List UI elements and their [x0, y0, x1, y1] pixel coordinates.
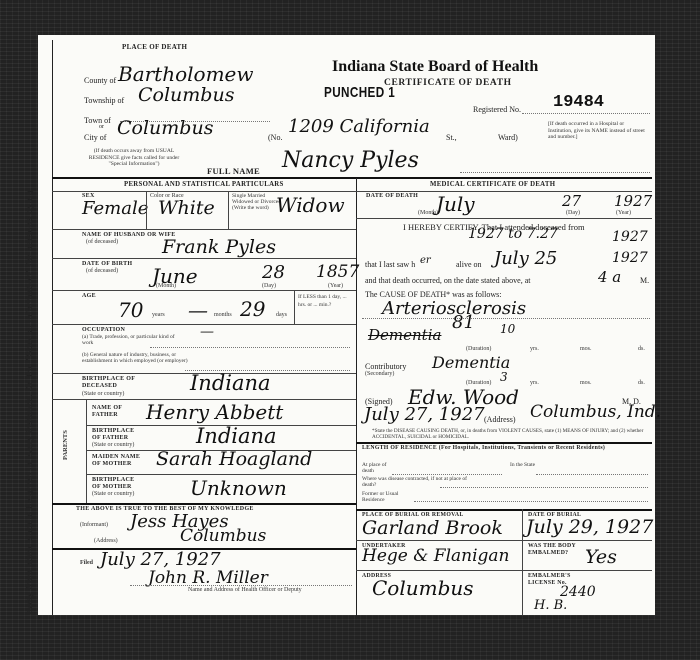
- rule: [52, 290, 356, 291]
- struck-cause-text: Dementia: [368, 326, 441, 344]
- birthplace-value: Indiana: [190, 371, 271, 395]
- years-label: years: [152, 312, 165, 319]
- dob-year-label: (Year): [328, 283, 343, 290]
- registrar-label: Name and Address of Health Officer or De…: [188, 587, 302, 594]
- ward-label: Ward): [498, 133, 518, 142]
- occupation-a-label: (a) Trade, profession, or particular kin…: [82, 334, 182, 346]
- dod-year-label: (Year): [616, 210, 631, 217]
- medical-header: MEDICAL CERTIFICATE OF DEATH: [430, 181, 555, 188]
- rule: [356, 442, 652, 444]
- mos-label: mos.: [580, 346, 592, 353]
- rule: [52, 503, 356, 505]
- rule: [362, 318, 650, 319]
- dob-month-label: (Month): [156, 283, 176, 290]
- embalmed-label: WAS THE BODY EMBALMED?: [528, 543, 588, 556]
- mother-birthplace-sub: (State or country): [92, 491, 134, 498]
- last-saw-label: that I last saw h: [365, 260, 415, 269]
- side-margin-note: away from home should be given in every …: [24, 54, 38, 614]
- mother-birthplace-value: Unknown: [190, 476, 287, 500]
- spouse-sub: (of deceased): [86, 239, 118, 246]
- days-label: days: [276, 312, 287, 319]
- duration-value: 10: [500, 322, 515, 336]
- marital-label: Single Married Widowed or Divorced (Writ…: [232, 193, 282, 212]
- signed-date: July 27, 1927: [364, 404, 485, 425]
- birthplace-label: BIRTHPLACE OF DECEASED: [82, 376, 142, 390]
- street-address: 1209 California: [288, 116, 430, 137]
- personal-header: PERSONAL AND STATISTICAL PARTICULARS: [124, 181, 284, 188]
- contributory-mos-label: mos.: [580, 380, 592, 387]
- rule: [130, 585, 352, 586]
- informant-label: (Informant): [80, 522, 108, 529]
- registered-no-line: [522, 113, 650, 114]
- contributory-ds-label: ds.: [638, 380, 645, 387]
- less-than-label: If LESS than 1 day, ... hrs. or ... min.…: [298, 293, 354, 309]
- rule: [522, 509, 523, 615]
- rule: [52, 229, 356, 230]
- rule: [228, 191, 229, 229]
- column-divider: [356, 178, 357, 616]
- st-label: St.,: [446, 133, 457, 142]
- occupation-b-label: (b) General nature of industry, business…: [82, 352, 192, 364]
- birthplace-sub: (State or country): [82, 391, 124, 398]
- filed-date: July 27, 1927: [100, 549, 221, 570]
- rule: [52, 191, 356, 192]
- yrs-label: yrs.: [530, 346, 539, 353]
- dod-month-label: (Month): [418, 210, 438, 217]
- rule: [86, 399, 87, 505]
- physician-address-label: (Address): [484, 415, 516, 424]
- dod-label: DATE OF DEATH: [366, 193, 418, 199]
- cause-footnote: *State the DISEASE CAUSING DEATH, or, in…: [372, 428, 652, 440]
- sex-value: Female: [82, 198, 148, 219]
- in-state-label: In the State: [510, 462, 536, 468]
- struck-cause: Dementia: [368, 326, 441, 344]
- rule: [414, 501, 648, 502]
- rule: [146, 191, 147, 229]
- dob-label: DATE OF BIRTH: [82, 261, 132, 267]
- mother-value: Sarah Hoagland: [156, 448, 312, 470]
- usual-residence-note: (If death occurs away from USUAL RESIDEN…: [84, 148, 184, 168]
- last-saw-year: 1927: [612, 250, 648, 266]
- age-days: 29: [240, 297, 265, 321]
- rule: [150, 347, 350, 348]
- informant-address-label: (Address): [94, 538, 118, 545]
- section-divider-top: [52, 177, 652, 179]
- street-no-label: (No.: [268, 133, 282, 142]
- township-label: Township of: [84, 96, 124, 105]
- race-value: White: [158, 197, 215, 219]
- township-value: Columbus: [138, 84, 234, 106]
- marital-value: Widow: [276, 193, 345, 217]
- form-left-border: [52, 40, 53, 615]
- punched-stamp: PUNCHED 1: [324, 84, 395, 101]
- certificate-title: CERTIFICATE OF DEATH: [384, 78, 512, 88]
- father-birthplace-value: Indiana: [196, 424, 277, 448]
- issuer-title: Indiana State Board of Health: [332, 58, 538, 76]
- age-label: AGE: [82, 293, 96, 299]
- rule: [536, 474, 648, 475]
- rule: [392, 474, 502, 475]
- rule: [86, 474, 356, 475]
- filed-label: Filed: [80, 560, 93, 567]
- at-place-label: At place of death: [362, 462, 392, 474]
- rule: [356, 191, 652, 192]
- rule: [294, 290, 295, 324]
- embalmer-initials: H. B.: [534, 598, 567, 613]
- embalmed-value: Yes: [585, 546, 617, 568]
- physician-address-value: Columbus, Ind.: [530, 402, 661, 422]
- age-months: —: [188, 298, 208, 322]
- registered-no-value: 19484: [553, 93, 604, 112]
- dob-sub: (of deceased): [86, 268, 118, 275]
- dod-day: 27: [562, 192, 581, 210]
- father-label: NAME OF FATHER: [92, 405, 140, 419]
- rule: [356, 570, 652, 571]
- former-residence-label: Former or Usual Residence: [362, 491, 422, 503]
- death-occurred-text: and that death occurred, on the date sta…: [365, 276, 530, 285]
- rule: [356, 540, 652, 541]
- mother-label: MAIDEN NAME OF MOTHER: [92, 454, 148, 468]
- contributory-value: Dementia: [432, 353, 510, 372]
- registered-no-label: Registered No.: [473, 105, 521, 114]
- county-label: County of: [84, 76, 116, 85]
- city-value: Columbus: [117, 117, 213, 139]
- contributory-duration: 3: [500, 370, 508, 384]
- alive-on-label: alive on: [456, 260, 482, 269]
- dob-day: 28: [262, 262, 285, 283]
- attended-year: 1927: [612, 229, 648, 245]
- rule: [52, 258, 356, 259]
- burial-place-value: Garland Brook: [362, 517, 503, 539]
- occupation-a-value: —: [200, 324, 214, 340]
- attended-from: 1927 to 7.27: [468, 226, 558, 242]
- full-name-label: FULL NAME: [207, 166, 260, 176]
- age-years: 70: [118, 298, 143, 322]
- residence-label: LENGTH OF RESIDENCE (For Hospitals, Inst…: [362, 445, 650, 452]
- ds-label: ds.: [638, 346, 645, 353]
- occupation-label: OCCUPATION: [82, 327, 125, 333]
- cause-duration: 81: [452, 312, 475, 333]
- undertaker-value: Hege & Flanigan: [362, 546, 510, 566]
- place-of-death-header: PLACE OF DEATH: [122, 43, 187, 51]
- secondary-label: (Secondary): [365, 371, 394, 378]
- spouse-value: Frank Pyles: [162, 236, 276, 258]
- mother-birthplace-label: BIRTHPLACE OF MOTHER: [92, 477, 142, 491]
- last-saw-date: July 25: [494, 248, 557, 269]
- or-label: or: [99, 124, 104, 130]
- county-value: Bartholomew: [118, 62, 254, 86]
- months-label: months: [214, 312, 232, 319]
- burial-date-value: July 29, 1927: [526, 516, 653, 538]
- undertaker-address-value: Columbus: [372, 576, 474, 600]
- contributory-label: Contributory: [365, 362, 406, 371]
- father-value: Henry Abbett: [146, 400, 283, 424]
- death-time: 4 a: [598, 268, 621, 286]
- informant-address-value: Columbus: [180, 526, 266, 546]
- m-label: M.: [640, 276, 649, 285]
- last-saw-gender: er: [420, 255, 431, 266]
- dod-year: 1927: [614, 192, 652, 210]
- rule: [356, 218, 652, 219]
- city-label: City of: [84, 133, 106, 142]
- rule: [356, 509, 652, 511]
- town-label: Town of: [84, 116, 111, 125]
- dod-month: July: [436, 192, 475, 216]
- dod-day-label: (Day): [566, 210, 580, 217]
- rule: [440, 487, 648, 488]
- contributory-yrs-label: yrs.: [530, 380, 539, 387]
- father-birthplace-label: BIRTHPLACE OF FATHER: [92, 428, 142, 442]
- dob-year: 1857: [316, 262, 359, 282]
- hospital-note: [If death occurred in a Hospital or Inst…: [548, 121, 648, 141]
- father-birthplace-sub: (State or country): [92, 442, 134, 449]
- dob-day-label: (Day): [262, 283, 276, 290]
- full-name-value: Nancy Pyles: [282, 148, 419, 173]
- parents-label: PARENTS: [62, 430, 69, 460]
- full-name-line: [460, 172, 650, 173]
- duration-label: (Duration): [466, 346, 491, 353]
